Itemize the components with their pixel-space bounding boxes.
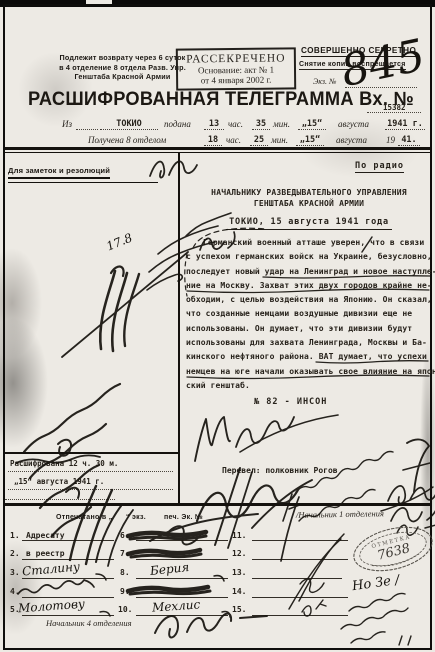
header-rule-thin xyxy=(5,152,430,153)
received-year-pre: 19 xyxy=(386,135,395,145)
dist-line xyxy=(22,615,114,616)
dist-line xyxy=(252,578,342,579)
body-line: Германский военный атташе уверен, что в … xyxy=(186,236,434,250)
translator-line: Перевел: полковник Рогов xyxy=(222,466,338,475)
dist-num: 7. xyxy=(120,549,130,558)
body-line: что созданные немцами воздушные дивизии … xyxy=(186,307,434,321)
radio-transmission-label: По радио xyxy=(355,161,404,173)
origin-year: 1941 г. xyxy=(385,119,425,130)
body-line: немцев на юге начали оказывать свое влия… xyxy=(186,365,434,379)
deciphered-rule xyxy=(5,452,178,454)
dist-num: 13. xyxy=(232,568,246,577)
dateline: ТОКИО, 15 августа 1941 года xyxy=(226,217,392,230)
dist-num: 15. xyxy=(232,605,246,614)
dist-line xyxy=(22,540,114,541)
incoming-number-leader xyxy=(367,103,421,113)
dist-line xyxy=(136,540,228,541)
deciphered-leader xyxy=(8,462,173,472)
notes-column-heading: Для заметок и резолюций xyxy=(8,166,110,179)
page: Подлежит возврату через 6 суток в 4 отде… xyxy=(0,0,435,652)
received-hour: 18 xyxy=(204,135,222,146)
department4-head-label: Начальник 4 отделения xyxy=(46,618,132,628)
addressee-line2: ГЕНШТАБА КРАСНОЙ АРМИИ xyxy=(186,199,432,208)
sender-signoff: № 82 - ИНСОН xyxy=(254,397,327,407)
body-line: использованы. Он думает, что эти дивизии… xyxy=(186,322,434,336)
dist-num: 6. xyxy=(120,531,130,540)
dist-line xyxy=(252,540,348,541)
body-line: ние на Москву. Захват этих двух городов … xyxy=(186,279,434,293)
body-line: обходим, с целью воздействия на Японию. … xyxy=(186,293,434,307)
dist-num: 14. xyxy=(232,587,246,596)
deciphered-leader xyxy=(5,490,115,500)
body-line: последует новый удар на Ленинград и ново… xyxy=(186,265,434,279)
dist-num: 1. xyxy=(10,531,20,540)
body-line: с успехом германских войск на Украине, б… xyxy=(186,250,434,264)
copy-number-label: Экз. № xyxy=(313,77,337,86)
origin-leader xyxy=(76,120,98,130)
department1-head-label: /Начальник 1 отделения xyxy=(296,508,384,520)
received-hour-unit: час. xyxy=(226,135,241,145)
dist-line xyxy=(136,578,228,579)
received-minute-unit: мин. xyxy=(271,135,288,145)
dist-num: 8. xyxy=(120,568,130,577)
header-rule-thick xyxy=(5,147,430,150)
dist-label-typed: Адресату xyxy=(26,531,65,540)
dist-line xyxy=(22,578,114,579)
dateline-wrap: ТОКИО, 15 августа 1941 года xyxy=(186,211,432,229)
received-month: августа xyxy=(336,135,367,145)
addressee-line1: НАЧАЛЬНИКУ РАЗВЕДЫВАТЕЛЬНОГО УПРАВЛЕНИЯ xyxy=(186,188,432,197)
dist-num: 4. xyxy=(10,587,20,596)
telegram-body: Германский военный атташе уверен, что в … xyxy=(186,236,434,393)
origin-day: „15“ xyxy=(298,119,326,130)
printed-copies-line: Отпечатано в „ “ экз. печ. Эк. № xyxy=(56,514,203,521)
received-year-fill: 41. xyxy=(398,135,420,146)
dist-num: 12. xyxy=(232,549,246,558)
origin-month: августа xyxy=(338,119,369,129)
origin-hour-unit: час. xyxy=(228,119,243,129)
declass-stamp-line: РАССЕКРЕЧЕНО xyxy=(180,52,292,65)
body-line: использованы для захвата Ленинграда, Мос… xyxy=(186,336,434,350)
body-line: ский генштаб. xyxy=(186,379,434,393)
dist-num: 11. xyxy=(232,531,246,540)
dist-num: 10. xyxy=(118,605,132,614)
dist-num: 3. xyxy=(10,568,20,577)
received-day: „15“ xyxy=(296,135,324,146)
dist-line xyxy=(252,615,348,616)
body-line: кинского нефтяного района. ВАТ думает, ч… xyxy=(186,350,434,364)
origin-sent-label: подана xyxy=(164,119,191,129)
dist-line xyxy=(252,597,348,598)
received-minute: 25 xyxy=(250,135,268,146)
dist-num: 2. xyxy=(10,549,20,558)
deciphered-leader xyxy=(8,480,173,490)
dist-num: 9. xyxy=(120,587,130,596)
origin-minute: 35 xyxy=(252,119,270,130)
origin-minute-unit: мин. xyxy=(273,119,290,129)
column-divider-line xyxy=(178,153,180,504)
origin-from-value: ТОКИО xyxy=(100,119,158,130)
origin-from-label: Из xyxy=(62,119,72,129)
origin-hour: 13 xyxy=(204,119,224,130)
declass-stamp-line: от 4 января 2002 г. xyxy=(180,74,292,85)
footer-rule xyxy=(5,503,430,506)
notes-heading-underline xyxy=(8,182,158,183)
dist-line xyxy=(136,615,228,616)
received-label: Получена 8 отделом xyxy=(88,135,166,145)
declassification-stamp: РАССЕКРЕЧЕНО Основание: акт № 1 от 4 янв… xyxy=(176,47,296,90)
document-title: РАСШИФРОВАННАЯ ТЕЛЕГРАММА Вх. № xyxy=(28,89,414,111)
dist-label-typed: в реестр xyxy=(26,549,65,558)
dist-line xyxy=(252,559,348,560)
